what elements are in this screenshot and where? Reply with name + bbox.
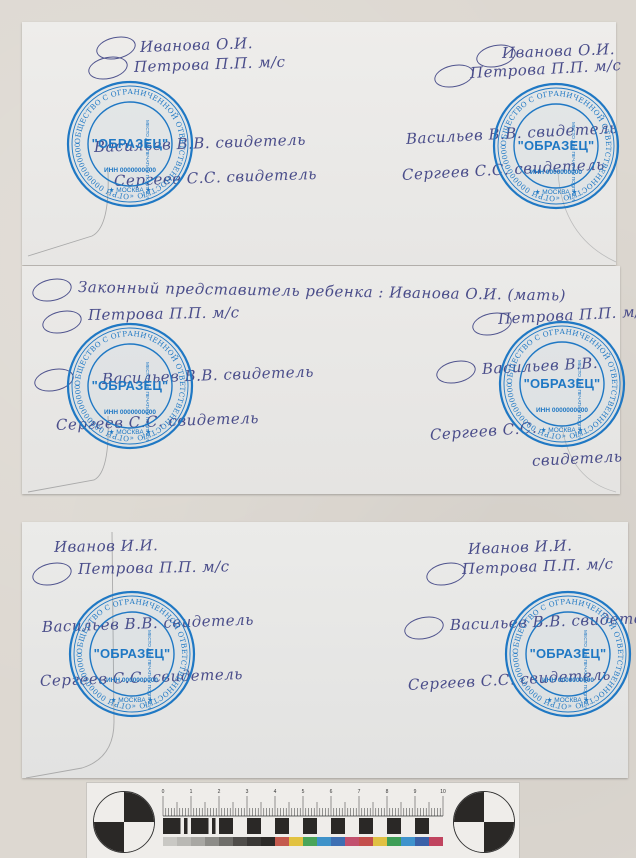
handwritten-line: Иванова О.И.: [140, 34, 254, 56]
svg-text:2: 2: [218, 789, 221, 795]
round-stamp: ОБЩЕСТВО С ОГРАНИЧЕННОЙ ОТВЕТСТВЕННОСТЬЮ…: [66, 80, 194, 208]
forensic-scale: 012345678910: [86, 782, 520, 858]
svg-text:3: 3: [246, 789, 249, 795]
stamp-sample-label: "ОБРАЗЕЦ": [66, 136, 194, 151]
svg-text:МЕСТО ДЛЯ ПЕЧАТИ И ПОДПИСИ: МЕСТО ДЛЯ ПЕЧАТИ И ПОДПИСИ: [582, 630, 588, 709]
round-stamp: ОБЩЕСТВО С ОГРАНИЧЕННОЙ ОТВЕТСТВЕННОСТЬЮ…: [66, 322, 194, 450]
envelope-3: Иванов И.И. Петрова П.П. м/с Васильев В.…: [22, 522, 628, 778]
handwritten-line: Петрова П.П. м/с: [462, 555, 614, 578]
svg-text:9: 9: [414, 789, 417, 795]
handwritten-line: Иванов И.И.: [468, 536, 573, 558]
stamp-sample-label: "ОБРАЗЕЦ": [66, 378, 194, 393]
calibration-target-left: [93, 791, 155, 853]
svg-text:0: 0: [162, 789, 165, 795]
ruler-scale: 012345678910: [159, 785, 447, 855]
handwritten-line: Петрова П.П. м/с: [78, 557, 230, 578]
stamp-sample-label: "ОБРАЗЕЦ": [504, 646, 632, 661]
svg-text:4: 4: [274, 789, 277, 795]
round-stamp: ОБЩЕСТВО С ОГРАНИЧЕННОЙ ОТВЕТСТВЕННОСТЬЮ…: [498, 320, 626, 448]
svg-text:МЕСТО ДЛЯ ПЕЧАТИ И ПОДПИСИ: МЕСТО ДЛЯ ПЕЧАТИ И ПОДПИСИ: [144, 362, 150, 441]
svg-text:МЕСТО ДЛЯ ПЕЧАТИ И ПОДПИСИ: МЕСТО ДЛЯ ПЕЧАТИ И ПОДПИСИ: [146, 630, 152, 709]
svg-text:5: 5: [302, 789, 305, 795]
stamp-sample-label: "ОБРАЗЕЦ": [498, 376, 626, 391]
svg-text:МЕСТО ДЛЯ ПЕЧАТИ И ПОДПИСИ: МЕСТО ДЛЯ ПЕЧАТИ И ПОДПИСИ: [570, 122, 576, 201]
handwritten-line: Иванов И.И.: [54, 536, 159, 556]
round-stamp: ОБЩЕСТВО С ОГРАНИЧЕННОЙ ОТВЕТСТВЕННОСТЬЮ…: [68, 590, 196, 718]
round-stamp: ОБЩЕСТВО С ОГРАНИЧЕННОЙ ОТВЕТСТВЕННОСТЬЮ…: [504, 590, 632, 718]
envelope-2: Законный представитель ребенка : Иванова…: [22, 266, 620, 494]
calibration-target-right: [453, 791, 515, 853]
round-stamp: ОБЩЕСТВО С ОГРАНИЧЕННОЙ ОТВЕТСТВЕННОСТЬЮ…: [492, 82, 620, 210]
stamp-sample-label: "ОБРАЗЕЦ": [68, 646, 196, 661]
svg-text:1: 1: [190, 789, 193, 795]
svg-text:6: 6: [330, 789, 333, 795]
handwritten-line: Петрова П.П. м/с: [88, 303, 240, 324]
handwritten-line: свидетель: [532, 447, 623, 470]
envelope-1: Иванова О.И. Петрова П.П. м/с Васильев В…: [22, 22, 616, 265]
handwritten-line: Петрова П.П. м/с: [134, 53, 286, 76]
stamp-sample-label: "ОБРАЗЕЦ": [492, 138, 620, 153]
svg-text:7: 7: [358, 789, 361, 795]
svg-text:МЕСТО ДЛЯ ПЕЧАТИ И ПОДПИСИ: МЕСТО ДЛЯ ПЕЧАТИ И ПОДПИСИ: [144, 120, 150, 199]
handwritten-header: Законный представитель ребенка : Иванова…: [78, 278, 566, 305]
svg-text:10: 10: [440, 789, 446, 795]
svg-text:МЕСТО ДЛЯ ПЕЧАТИ И ПОДПИСИ: МЕСТО ДЛЯ ПЕЧАТИ И ПОДПИСИ: [576, 360, 582, 439]
svg-text:8: 8: [386, 789, 389, 795]
